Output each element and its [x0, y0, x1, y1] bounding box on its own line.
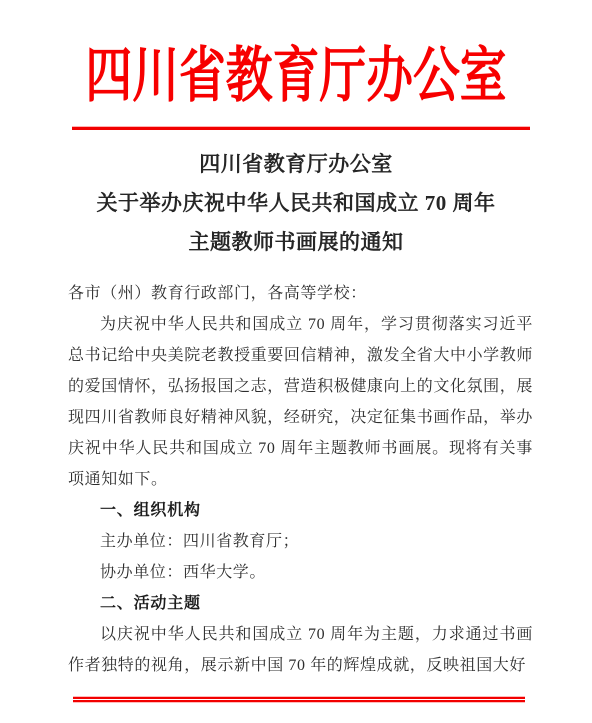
doc-title-line-2: 关于举办庆祝中华人民共和国成立 70 周年: [0, 184, 592, 223]
header-separator-line: [72, 126, 530, 130]
salutation: 各市（州）教育行政部门，各高等学校：: [68, 278, 533, 309]
theme-paragraph: 以庆祝中华人民共和国成立 70 周年为主题，力求通过书画作者独特的视角，展示新中…: [68, 619, 533, 681]
doc-title-line-1: 四川省教育厅办公室: [0, 145, 592, 184]
section-1-heading: 一、组织机构: [68, 495, 533, 526]
section-2-heading: 二、活动主题: [68, 588, 533, 619]
doc-title-line-3: 主题教师书画展的通知: [0, 223, 592, 262]
host-unit-line: 主办单位：四川省教育厅；: [68, 526, 533, 557]
intro-paragraph: 为庆祝中华人民共和国成立 70 周年，学习贯彻落实习近平总书记给中央美院老教授重…: [68, 309, 533, 495]
co-host-unit-line: 协办单位：西华大学。: [68, 557, 533, 588]
document-title: 四川省教育厅办公室 关于举办庆祝中华人民共和国成立 70 周年 主题教师书画展的…: [0, 145, 592, 262]
letterhead: 四川省教育厅办公室: [0, 40, 592, 112]
letterhead-org-name: 四川省教育厅办公室: [85, 40, 506, 112]
document-body: 各市（州）教育行政部门，各高等学校： 为庆祝中华人民共和国成立 70 周年，学习…: [68, 278, 533, 681]
document-page: 四川省教育厅办公室 四川省教育厅办公室 关于举办庆祝中华人民共和国成立 70 周…: [0, 0, 592, 723]
footer-separator-line: [73, 697, 525, 702]
